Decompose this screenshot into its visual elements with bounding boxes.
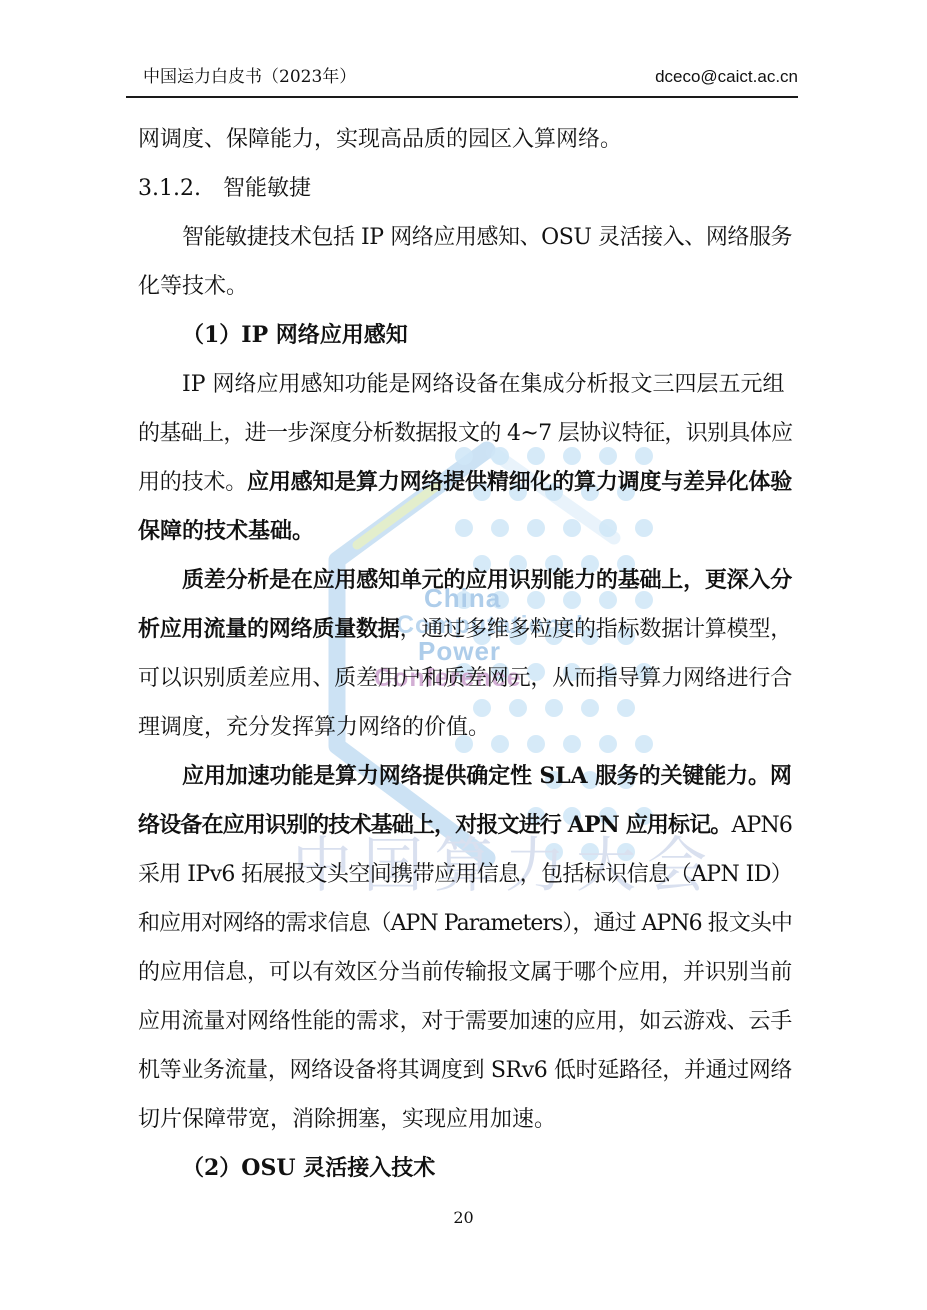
bold-text-segment: 质差分析是在应用感知单元的应用识别能力的基础上，更深入分 xyxy=(182,567,792,593)
bold-text-segment: （2）OSU 灵活接入技术 xyxy=(182,1155,435,1181)
text-line: 应用加速功能是算力网络提供确定性 SLA 服务的关键能力。网 xyxy=(138,752,792,801)
text-line: 化等技术。 xyxy=(138,262,792,311)
text-segment: 采用 IPv6 拓展报文头空间携带应用信息，包括标识信息（APN ID） xyxy=(138,862,792,887)
page-header: 中国运力白皮书（2023年） dceco@caict.ac.cn xyxy=(126,62,798,98)
text-line: 析应用流量的网络质量数据，通过多维多粒度的指标数据计算模型， xyxy=(138,605,792,654)
text-segment: 应用流量对网络性能的需求，对于需要加速的应用，如云游戏、云手 xyxy=(138,1009,792,1034)
text-line: 质差分析是在应用感知单元的应用识别能力的基础上，更深入分 xyxy=(138,556,792,605)
text-line: 采用 IPv6 拓展报文头空间携带应用信息，包括标识信息（APN ID） xyxy=(138,850,792,899)
text-segment: 的基础上，进一步深度分析数据报文的 4~7 层协议特征，识别具体应 xyxy=(138,421,792,446)
text-line: 络设备在应用识别的技术基础上，对报文进行 APN 应用标记。APN6 xyxy=(138,801,792,850)
text-line: （1）IP 网络应用感知 xyxy=(138,311,792,360)
text-segment: 网调度、保障能力，实现高品质的园区入算网络。 xyxy=(138,127,622,152)
text-line: 理调度，充分发挥算力网络的价值。 xyxy=(138,703,792,752)
document-page: China Computational Power Conference 中国算… xyxy=(0,0,927,1310)
document-body: 网调度、保障能力，实现高品质的园区入算网络。3.1.2. 智能敏捷智能敏捷技术包… xyxy=(138,115,792,1193)
page-number: 20 xyxy=(0,1208,927,1227)
text-line: 应用流量对网络性能的需求，对于需要加速的应用，如云游戏、云手 xyxy=(138,997,792,1046)
text-line: 用的技术。应用感知是算力网络提供精细化的算力调度与差异化体验 xyxy=(138,458,792,507)
text-line: （2）OSU 灵活接入技术 xyxy=(138,1144,792,1193)
text-line: 切片保障带宽，消除拥塞，实现应用加速。 xyxy=(138,1095,792,1144)
header-email: dceco@caict.ac.cn xyxy=(655,67,798,87)
text-line: 保障的技术基础。 xyxy=(138,507,792,556)
bold-text-segment: （1）IP 网络应用感知 xyxy=(182,322,408,348)
text-segment: 切片保障带宽，消除拥塞，实现应用加速。 xyxy=(138,1107,556,1132)
text-line: 网调度、保障能力，实现高品质的园区入算网络。 xyxy=(138,115,792,164)
text-segment: 理调度，充分发挥算力网络的价值。 xyxy=(138,715,490,740)
bold-text-segment: 应用加速功能是算力网络提供确定性 SLA 服务的关键能力。网 xyxy=(182,763,792,789)
bold-text-segment: 保障的技术基础。 xyxy=(138,518,314,544)
bold-text-segment: 应用感知是算力网络提供精细化的算力调度与差异化体验 xyxy=(247,469,792,495)
header-title: 中国运力白皮书（2023年） xyxy=(126,62,356,87)
text-line: 机等业务流量，网络设备将其调度到 SRv6 低时延路径，并通过网络 xyxy=(138,1046,792,1095)
text-segment: 可以识别质差应用、质差用户和质差网元，从而指导算力网络进行合 xyxy=(138,666,792,691)
text-line: 和应用对网络的需求信息（APN Parameters），通过 APN6 报文头中 xyxy=(138,899,792,948)
text-line: 3.1.2. 智能敏捷 xyxy=(138,164,792,213)
text-segment: APN6 xyxy=(731,813,792,838)
text-segment: IP 网络应用感知功能是网络设备在集成分析报文三四层五元组 xyxy=(182,372,785,397)
bold-text-segment: 析应用流量的网络质量数据 xyxy=(138,616,400,642)
text-line: 的应用信息，可以有效区分当前传输报文属于哪个应用，并识别当前 xyxy=(138,948,792,997)
text-line: 的基础上，进一步深度分析数据报文的 4~7 层协议特征，识别具体应 xyxy=(138,409,792,458)
text-line: 智能敏捷技术包括 IP 网络应用感知、OSU 灵活接入、网络服务 xyxy=(138,213,792,262)
text-segment: 用的技术。 xyxy=(138,470,247,495)
text-segment: 3.1.2. 智能敏捷 xyxy=(138,176,311,201)
text-segment: ，通过多维多粒度的指标数据计算模型， xyxy=(400,617,792,642)
text-segment: 机等业务流量，网络设备将其调度到 SRv6 低时延路径，并通过网络 xyxy=(138,1058,792,1083)
text-segment: 和应用对网络的需求信息（APN Parameters），通过 APN6 报文头中 xyxy=(138,911,792,936)
text-segment: 化等技术。 xyxy=(138,274,248,299)
text-line: IP 网络应用感知功能是网络设备在集成分析报文三四层五元组 xyxy=(138,360,792,409)
text-line: 可以识别质差应用、质差用户和质差网元，从而指导算力网络进行合 xyxy=(138,654,792,703)
text-segment: 的应用信息，可以有效区分当前传输报文属于哪个应用，并识别当前 xyxy=(138,960,792,985)
bold-text-segment: 络设备在应用识别的技术基础上，对报文进行 APN 应用标记。 xyxy=(138,812,731,838)
text-segment: 智能敏捷技术包括 IP 网络应用感知、OSU 灵活接入、网络服务 xyxy=(182,225,792,250)
